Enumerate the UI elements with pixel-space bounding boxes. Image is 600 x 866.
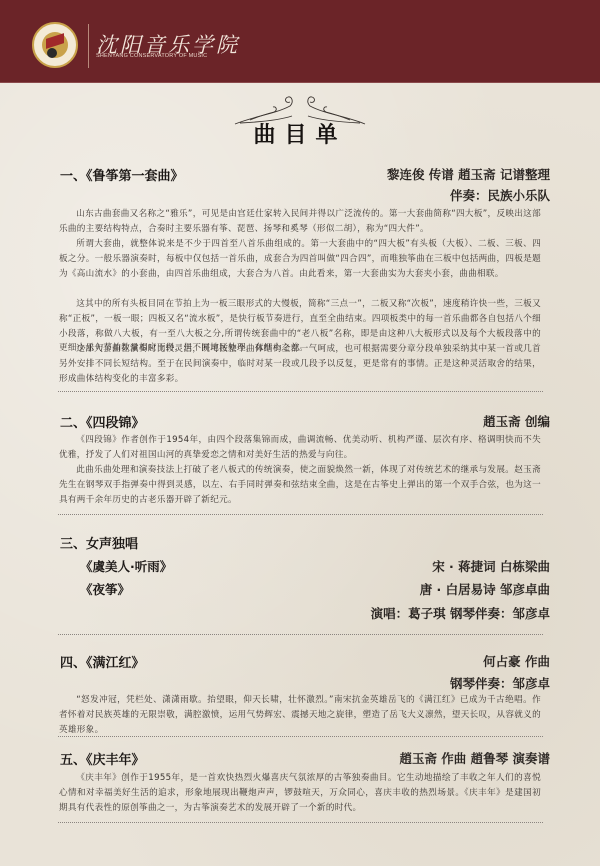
section-4-paragraph-1: “怒发冲冠，凭栏处、潇潇雨歇。抬望眼，仰天长啸，壮怀激烈。”南宋抗金英雄岳飞的《…	[59, 693, 541, 737]
page-title: 曲目单	[0, 118, 600, 149]
song-2-credit: 唐 · 白居易诗 邹彦卓曲	[420, 580, 550, 598]
section-4-title: 四、《满江红》	[60, 652, 145, 671]
section-5-paragraph-1: 《庆丰年》创作于1955年，是一首欢快热烈火爆喜庆气氛浓厚的古筝独奏曲目。它生动…	[59, 771, 541, 815]
section-1-paragraph-2: 所谓大套曲，就整体说来是不少于四首至八首乐曲组成的。第一大套曲中的“四大板”有头…	[59, 237, 541, 281]
section-1-credit-1: 黎连俊 传谱 趙玉斋 记谱整理	[387, 165, 550, 183]
section-4-credit-1: 何占豪 作曲	[483, 652, 550, 670]
section-1-paragraph-4: 这部大套曲在演奏时比较灵活，既可按整个曲体结构全部一气呵成，也可根据需要分章分段…	[59, 342, 541, 386]
section-2-paragraph-2: 此曲乐曲处理和演奏技法上打破了老八板式的传统演奏，使之面貌焕然一新，体现了对传统…	[59, 463, 541, 507]
header-banner: 沈阳音乐学院 SHENYANG CONSERVATORY OF MUSIC	[0, 0, 600, 83]
section-1-credit-2: 伴奏：民族小乐队	[450, 186, 550, 204]
section-2-title: 二、《四段锦》	[60, 412, 145, 431]
section-4-credit-2: 钢琴伴奏：邹彦卓	[450, 674, 550, 692]
section-1-title: 一、《鲁筝第一套曲》	[60, 165, 184, 184]
section-3-title: 三、女声独唱	[60, 533, 138, 552]
section-divider	[58, 514, 543, 515]
header-divider	[88, 24, 89, 68]
school-emblem-icon	[32, 22, 78, 68]
section-5-credit: 趙玉斋 作曲 趙鲁琴 演奏谱	[399, 749, 550, 767]
section-divider	[58, 822, 543, 823]
section-5-title: 五、《庆丰年》	[60, 749, 145, 768]
section-divider	[58, 736, 543, 737]
section-2-credit: 趙玉斋 创编	[483, 412, 550, 430]
song-1-title: 《虞美人·听雨》	[80, 557, 172, 575]
song-2-title: 《夜筝》	[80, 580, 130, 598]
school-name-en: SHENYANG CONSERVATORY OF MUSIC	[96, 53, 207, 59]
song-1-credit: 宋 · 蒋捷词 白栋梁曲	[432, 557, 550, 575]
section-divider	[58, 634, 543, 635]
section-1-paragraph-1: 山东古曲套曲又名称之“雅乐”，可见是由宫廷仕家转入民间并得以广泛流传的。第一大套…	[59, 207, 541, 237]
section-divider	[58, 391, 543, 392]
section-3-performers: 演唱：葛子琪 钢琴伴奏：邹彦卓	[371, 604, 550, 622]
section-2-paragraph-1: 《四段锦》作者创作于1954年，由四个段落集锦而成，曲调流畅、优美动听、机构严谨…	[59, 433, 541, 463]
